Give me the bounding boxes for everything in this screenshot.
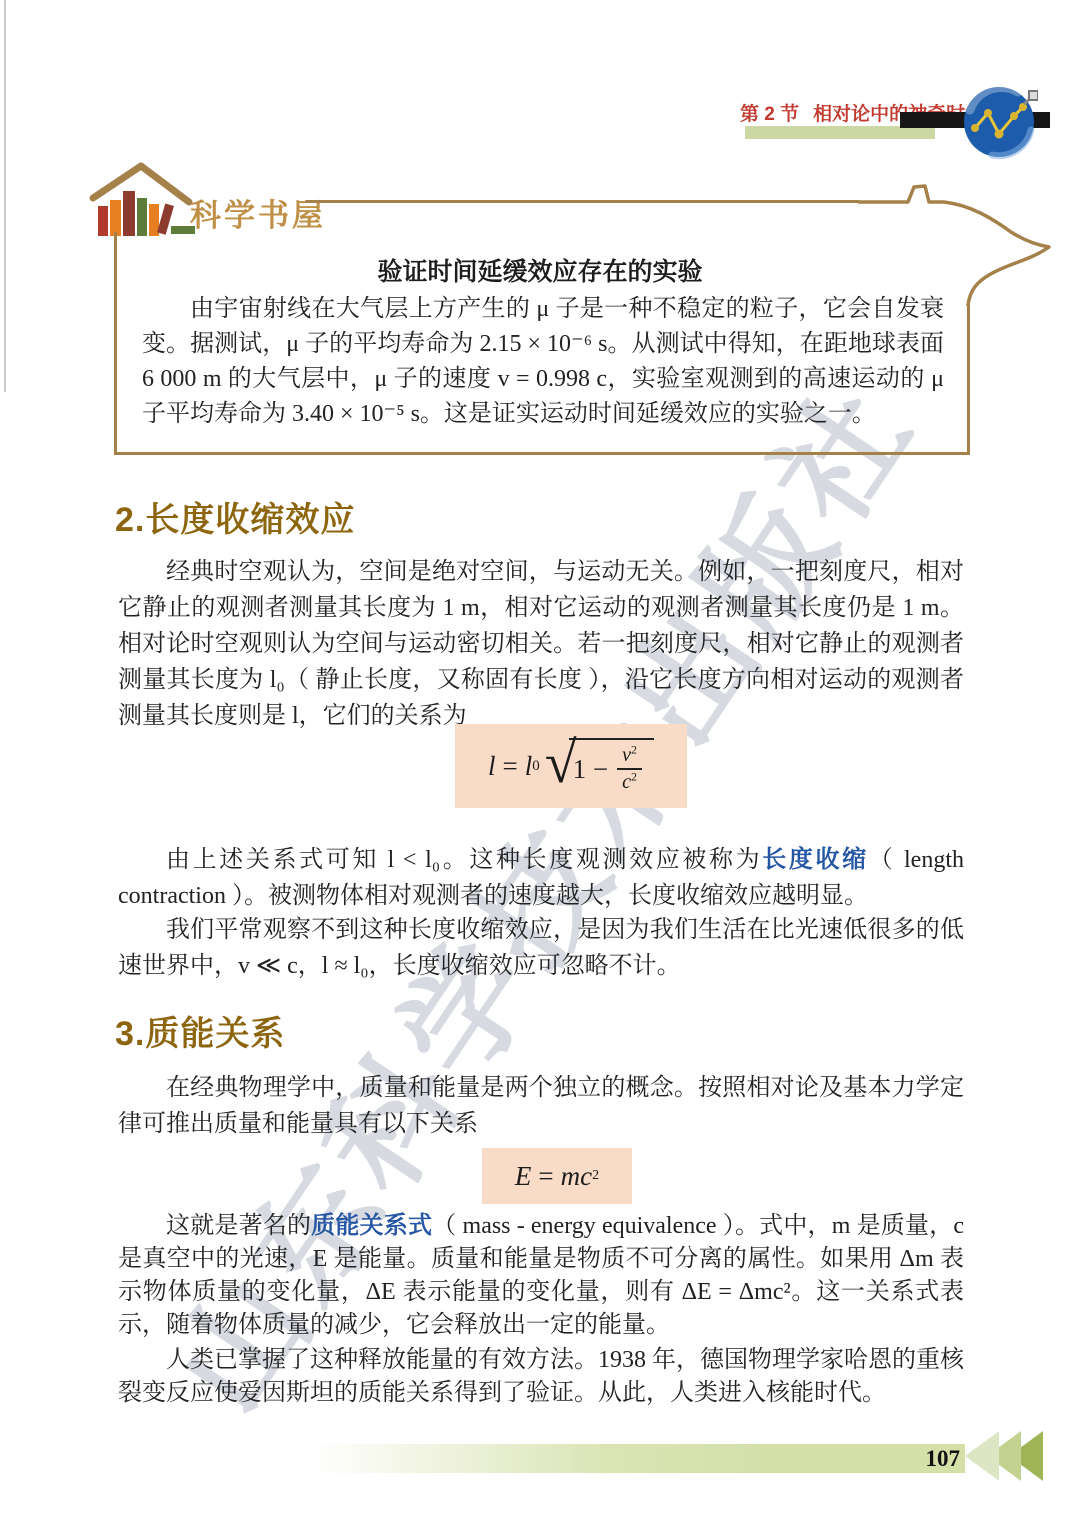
fraction-numerator: v	[622, 744, 631, 766]
box-border-right	[967, 300, 970, 454]
textbook-page: 山东科学技术出版社 第 2 节相对论中的神奇时空	[0, 0, 1080, 1527]
radical-sign: √	[545, 734, 577, 792]
length-contraction-formula: l = l0 √ 1 − v2 c2	[455, 724, 687, 808]
header-section-label: 第 2 节	[740, 104, 799, 125]
fraction-denominator: c	[622, 771, 631, 793]
section2-heading: 2.长度收缩效应	[115, 492, 355, 541]
section2-paragraph-3: 我们平常观察不到这种长度收缩效应，是因为我们生活在比光速低很多的低速世界中，v …	[118, 912, 964, 984]
science-box-title: 验证时间延缓效应存在的实验	[115, 252, 965, 288]
section2-paragraph-2: 由上述关系式可知 l < l₀。这种长度观测效应被称为长度收缩（ length …	[118, 842, 964, 914]
section3-heading: 3.质能关系	[115, 1006, 285, 1055]
radicand-lead: 1 −	[573, 754, 608, 785]
formula-lhs: l	[488, 751, 496, 782]
section3-paragraph-3: 人类已掌握了这种释放能量的有效方法。1938 年，德国物理学家哈恩的重核裂变反应…	[118, 1344, 964, 1410]
section3-paragraph-1: 在经典物理学中，质量和能量是两个独立的概念。按照相对论及基本力学定律可推出质量和…	[118, 1070, 964, 1142]
section3-paragraph-2: 这就是著名的质能关系式（ mass - energy equivalence ）…	[118, 1210, 964, 1342]
pagination-arrows-icon	[963, 1430, 1048, 1487]
formula-rhs: mc	[561, 1161, 592, 1192]
globe-constellation-icon	[960, 82, 1038, 165]
term-mass-energy: 质能关系式	[311, 1213, 432, 1239]
formula-subscript: 0	[532, 758, 540, 775]
section2-paragraph-1: 经典时空观认为，空间是绝对空间，与运动无关。例如，一把刻度尺，相对它静止的观测者…	[118, 554, 964, 734]
scan-edge-line	[4, 0, 6, 392]
formula-lhs: E	[515, 1161, 532, 1192]
page-number: 107	[900, 1446, 960, 1472]
box-border-bottom	[114, 452, 970, 455]
footer-bar	[310, 1444, 965, 1473]
fraction: v2 c2	[617, 744, 642, 794]
radical: √ 1 − v2 c2	[545, 737, 654, 795]
term-length-contraction: 长度收缩	[762, 847, 869, 873]
science-box-body: 由宇宙射线在大气层上方产生的 μ 子是一种不稳定的粒子，它会自发衰变。据测试，μ…	[142, 292, 944, 432]
formula-equals: =	[538, 1161, 553, 1192]
science-box-badge: 科学书屋	[190, 190, 326, 235]
mass-energy-formula: E = mc2	[482, 1148, 632, 1204]
formula-base: l	[525, 751, 533, 782]
badge-rule-line	[305, 200, 860, 203]
formula-equals: =	[503, 751, 518, 782]
book-house-icon	[85, 160, 197, 245]
